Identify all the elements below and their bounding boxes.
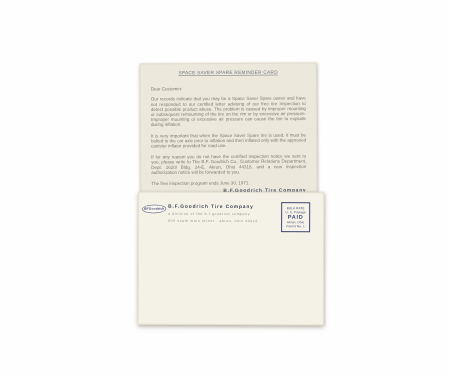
letter-title: SPACE SAVER SPARE REMINDER CARD bbox=[151, 70, 306, 76]
postcard-tagline: a division of the b.f.goodrich company bbox=[168, 212, 273, 216]
indicia-paid: PAID bbox=[282, 214, 309, 220]
postcard-address-line: 500 south main street · akron, ohio 4431… bbox=[168, 219, 273, 223]
postcard-content: BFGoodrich B.F.Goodrich Tire Company a d… bbox=[139, 193, 323, 325]
letter-salutation: Dear Customer: bbox=[151, 86, 306, 92]
letter-paragraph: If for any reason you do not have the ce… bbox=[151, 154, 306, 175]
reminder-card-letter-side: SPACE SAVER SPARE REMINDER CARD Dear Cus… bbox=[140, 62, 318, 193]
postage-indicia-box: BULK RATE U. S. Postage PAID Akron, Ohio… bbox=[281, 202, 310, 232]
bfgoodrich-logo-text: BFGoodrich bbox=[144, 207, 164, 211]
reminder-card-address-side: BFGoodrich B.F.Goodrich Tire Company a d… bbox=[138, 192, 324, 326]
letter-closing-line: The free inspection program ends June 30… bbox=[151, 180, 306, 186]
postcard-company-name: B.F.Goodrich Tire Company bbox=[168, 204, 273, 210]
indicia-permit: Permit No. 1 bbox=[282, 224, 309, 228]
postcard-masthead: B.F.Goodrich Tire Company a division of … bbox=[168, 204, 273, 223]
letter-paragraph: It is very important that when the Space… bbox=[151, 132, 306, 148]
bfgoodrich-logo: BFGoodrich bbox=[142, 205, 167, 214]
letter-content: SPACE SAVER SPARE REMINDER CARD Dear Cus… bbox=[141, 63, 317, 193]
letter-paragraph: Our records indicate that you may be a S… bbox=[151, 96, 306, 128]
scanned-photo-background: SPACE SAVER SPARE REMINDER CARD Dear Cus… bbox=[0, 0, 450, 375]
